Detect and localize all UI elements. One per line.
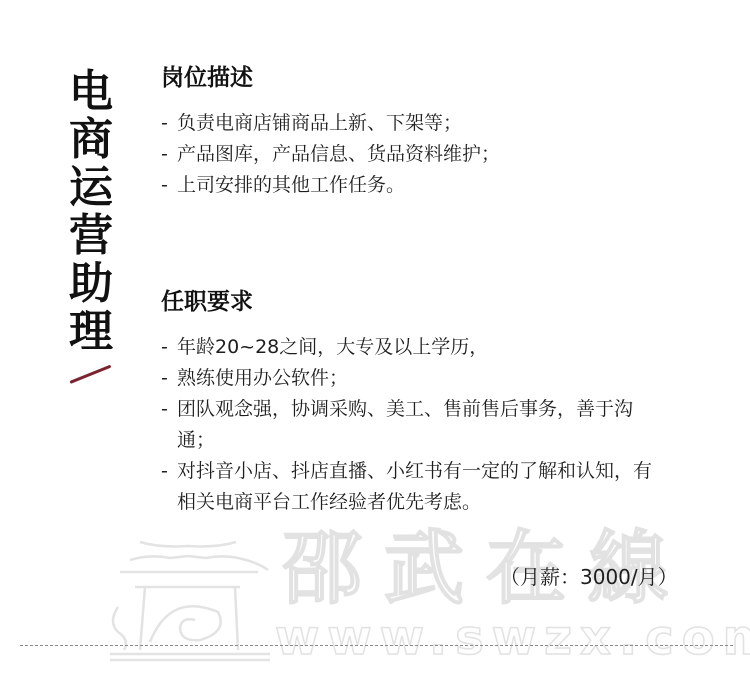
bullet-dash: -	[161, 170, 177, 201]
list-item-text: 产品图库，产品信息、货品资料维护；	[177, 139, 657, 170]
list-item: - 对抖音小店、抖店直播、小红书有一定的了解和认知，有相关电商平台工作经验者优先…	[161, 456, 701, 518]
list-item-text: 熟练使用办公软件；	[177, 363, 657, 394]
list-item-text: 年龄20~28之间，大专及以上学历，	[177, 332, 657, 363]
bullet-dash: -	[161, 363, 177, 394]
watermark-url: www.swzx.com	[275, 608, 750, 668]
bullet-dash: -	[161, 332, 177, 363]
salary-label: （月薪：3000/月）	[500, 563, 678, 591]
list-item-text: 团队观念强，协调采购、美工、售前售后事务，善于沟通；	[177, 394, 657, 456]
job-title-char: 商	[69, 116, 113, 164]
list-item: - 产品图库，产品信息、货品资料维护；	[161, 139, 701, 170]
section-job-description: 岗位描述 - 负责电商店铺商品上新、下架等； - 产品图库，产品信息、货品资料维…	[161, 62, 701, 201]
job-title-vertical: 电 商 运 营 助 理	[66, 68, 116, 356]
site-watermark: 邵武在線 www.swzx.com	[0, 520, 750, 673]
job-title-char: 理	[69, 308, 113, 356]
section-heading: 岗位描述	[161, 62, 701, 94]
bullet-dash: -	[161, 108, 177, 139]
pavilion-logo-icon	[100, 532, 275, 662]
dashed-divider	[20, 645, 733, 646]
list-item: - 上司安排的其他工作任务。	[161, 170, 701, 201]
job-content: 岗位描述 - 负责电商店铺商品上新、下架等； - 产品图库，产品信息、货品资料维…	[161, 62, 701, 518]
bullet-dash: -	[161, 139, 177, 170]
list-item-text: 负责电商店铺商品上新、下架等；	[177, 108, 657, 139]
job-title-char: 电	[69, 68, 113, 116]
job-title-char: 助	[69, 260, 113, 308]
job-title-char: 运	[69, 164, 113, 212]
job-title-char: 营	[69, 212, 113, 260]
bullet-dash: -	[161, 394, 177, 456]
list-item-text: 对抖音小店、抖店直播、小红书有一定的了解和认知，有相关电商平台工作经验者优先考虑…	[177, 456, 657, 518]
section-requirements: 任职要求 - 年龄20~28之间，大专及以上学历， - 熟练使用办公软件； - …	[161, 286, 701, 518]
list-item-text: 上司安排的其他工作任务。	[177, 170, 657, 201]
list-item: - 团队观念强，协调采购、美工、售前售后事务，善于沟通；	[161, 394, 701, 456]
list-item: - 熟练使用办公软件；	[161, 363, 701, 394]
section-heading: 任职要求	[161, 286, 701, 318]
accent-slash-divider	[69, 365, 111, 384]
list-item: - 负责电商店铺商品上新、下架等；	[161, 108, 701, 139]
bullet-dash: -	[161, 456, 177, 518]
list-item: - 年龄20~28之间，大专及以上学历，	[161, 332, 701, 363]
